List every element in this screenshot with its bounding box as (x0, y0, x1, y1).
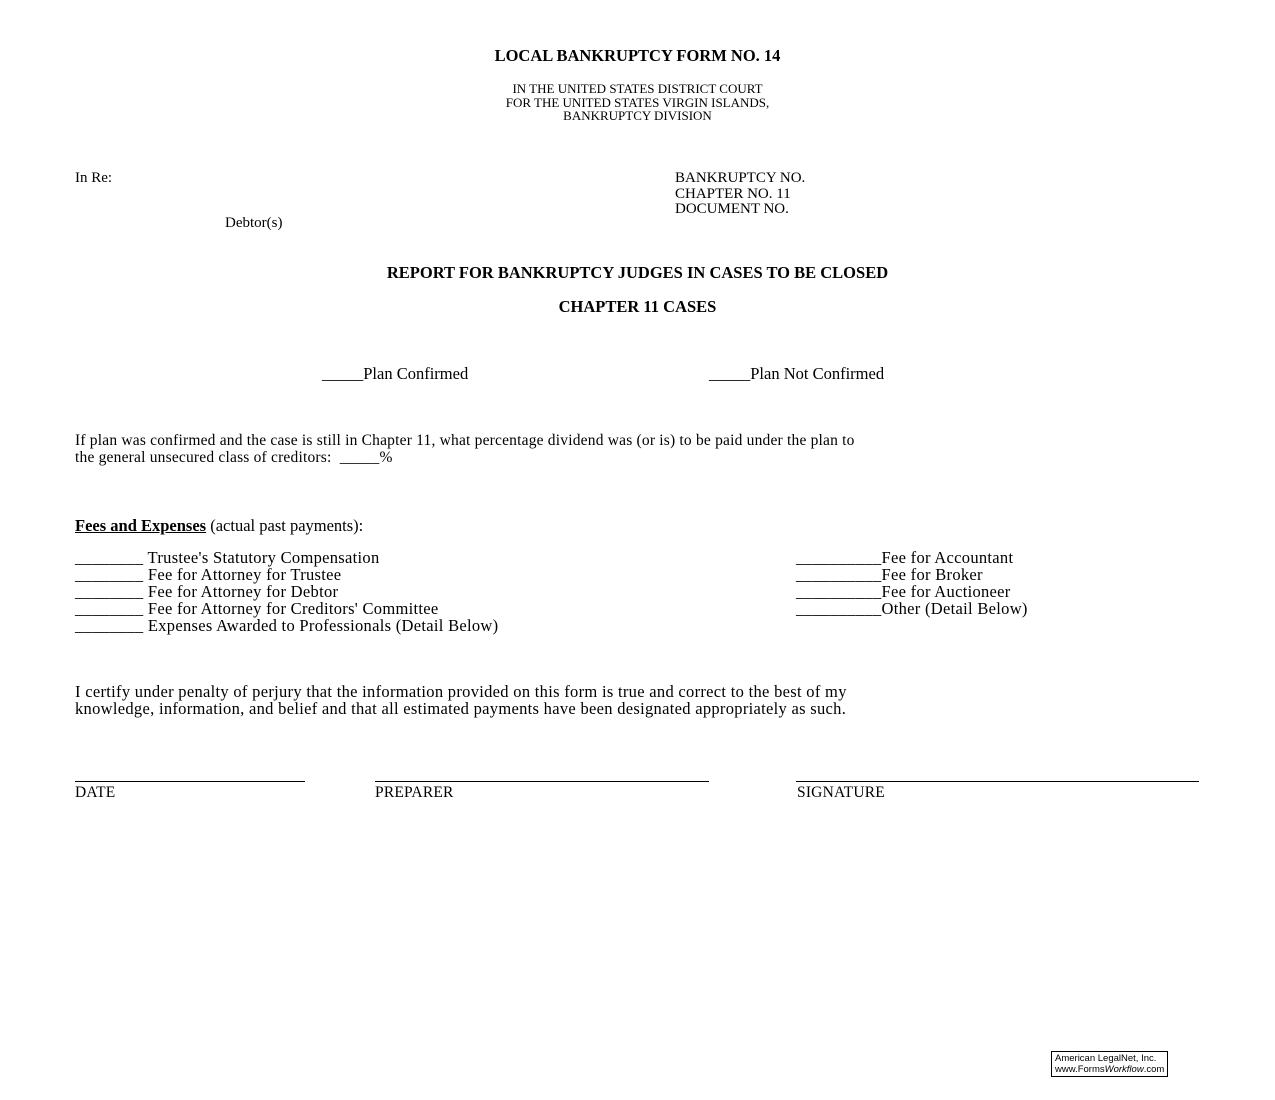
report-title: REPORT FOR BANKRUPTCY JUDGES IN CASES TO… (0, 263, 1275, 283)
preparer-line[interactable] (375, 781, 709, 782)
url-part: .com (1144, 1064, 1165, 1075)
publisher-badge: American LegalNet, Inc. www.FormsWorkflo… (1051, 1051, 1168, 1077)
signature-label: SIGNATURE (797, 784, 885, 802)
document-no-label: DOCUMENT NO. (675, 202, 805, 218)
plan-not-confirmed-option[interactable]: _____Plan Not Confirmed (709, 364, 884, 384)
fee-item: ________ Fee for Attorney for Trustee (75, 566, 498, 583)
report-subtitle: CHAPTER 11 CASES (0, 297, 1275, 317)
dividend-question-line: If plan was confirmed and the case is st… (75, 432, 855, 449)
debtor-label: Debtor(s) (225, 216, 282, 232)
publisher-name: American LegalNet, Inc. (1055, 1053, 1164, 1064)
fee-item: __________Fee for Broker (796, 566, 1028, 583)
certification-line: knowledge, information, and belief and t… (75, 700, 847, 717)
plan-confirmed-label: Plan Confirmed (363, 364, 468, 383)
url-part-italic: Workflow (1105, 1064, 1144, 1075)
percent-sign: % (379, 449, 392, 466)
fee-label: Other (Detail Below) (882, 599, 1028, 618)
form-title: LOCAL BANKRUPTCY FORM NO. 14 (0, 46, 1275, 66)
fees-heading-title: Fees and Expenses (75, 516, 206, 535)
preparer-label: PREPARER (375, 784, 454, 802)
certification-text: I certify under penalty of perjury that … (75, 683, 847, 717)
fee-item: __________Fee for Accountant (796, 549, 1028, 566)
fee-item: ________ Fee for Attorney for Debtor (75, 583, 498, 600)
dividend-question-text: the general unsecured class of creditors… (75, 449, 332, 466)
court-line: BANKRUPTCY DIVISION (0, 109, 1275, 123)
date-line[interactable] (75, 781, 305, 782)
case-numbers-block: BANKRUPTCY NO. CHAPTER NO. 11 DOCUMENT N… (675, 171, 805, 218)
fees-right-column: __________Fee for Accountant __________F… (796, 549, 1028, 617)
plan-confirmed-option[interactable]: _____Plan Confirmed (322, 364, 468, 384)
fees-left-column: ________ Trustee's Statutory Compensatio… (75, 549, 498, 634)
dividend-question: If plan was confirmed and the case is st… (75, 432, 855, 466)
fee-item: ________ Expenses Awarded to Professiona… (75, 617, 498, 634)
court-line: FOR THE UNITED STATES VIRGIN ISLANDS, (0, 96, 1275, 110)
dividend-question-line: the general unsecured class of creditors… (75, 449, 855, 466)
fee-blank[interactable]: ________ (75, 616, 143, 635)
court-line: IN THE UNITED STATES DISTRICT COURT (0, 82, 1275, 96)
fee-item: __________Fee for Auctioneer (796, 583, 1028, 600)
signature-line[interactable] (796, 781, 1199, 782)
fee-item: ________ Fee for Attorney for Creditors'… (75, 600, 498, 617)
fee-label: Expenses Awarded to Professionals (Detai… (148, 616, 499, 635)
dividend-percentage-blank[interactable]: _____ (340, 449, 380, 466)
publisher-url: www.FormsWorkflow.com (1055, 1064, 1164, 1075)
url-part: www.Forms (1055, 1064, 1105, 1075)
chapter-no-label: CHAPTER NO. 11 (675, 187, 805, 203)
fees-heading-note: (actual past payments): (210, 516, 363, 535)
fees-heading: Fees and Expenses (actual past payments)… (75, 516, 363, 536)
certification-line: I certify under penalty of perjury that … (75, 683, 847, 700)
fee-item: ________ Trustee's Statutory Compensatio… (75, 549, 498, 566)
fee-blank[interactable]: __________ (796, 599, 882, 618)
court-name-block: IN THE UNITED STATES DISTRICT COURT FOR … (0, 82, 1275, 123)
plan-confirmed-blank[interactable]: _____ (322, 364, 363, 383)
plan-not-confirmed-label: Plan Not Confirmed (750, 364, 884, 383)
in-re-label: In Re: (75, 171, 112, 187)
plan-not-confirmed-blank[interactable]: _____ (709, 364, 750, 383)
date-label: DATE (75, 784, 115, 802)
bankruptcy-no-label: BANKRUPTCY NO. (675, 171, 805, 187)
fee-item: __________Other (Detail Below) (796, 600, 1028, 617)
